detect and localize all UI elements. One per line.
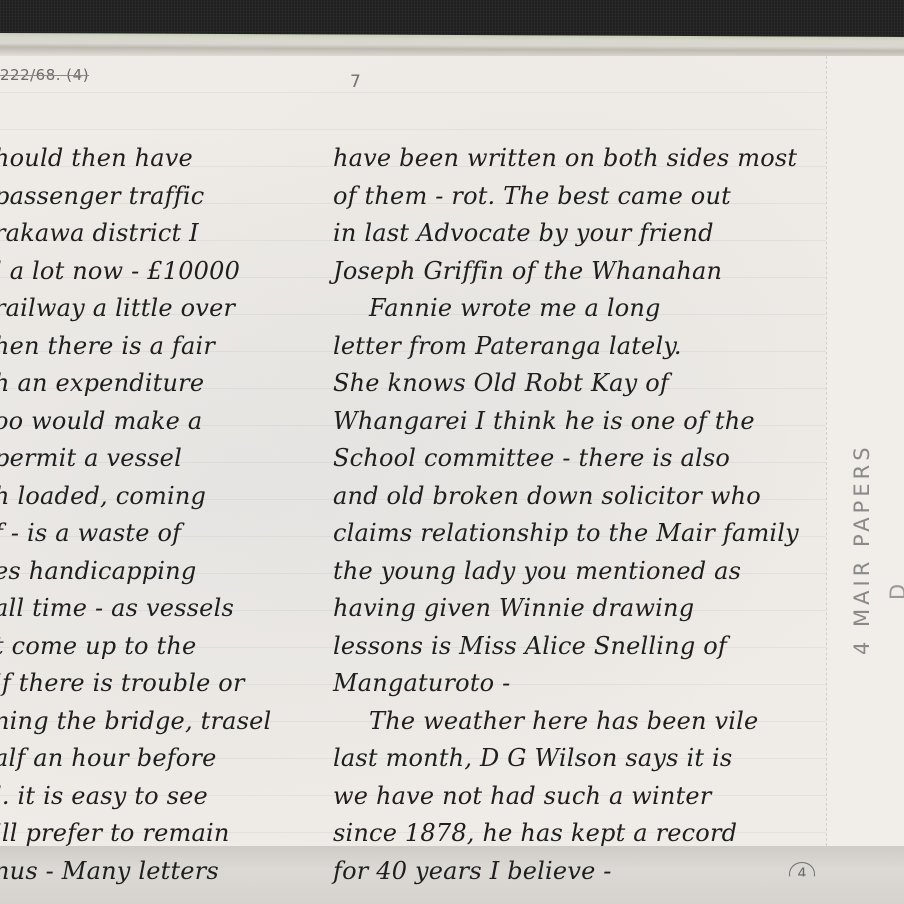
- text-line: all time - as vessels: [0, 590, 271, 628]
- text-line: have been written on both sides most: [333, 140, 799, 178]
- text-line: the young lady you mentioned as: [333, 553, 799, 591]
- text-line: permit a vessel: [0, 440, 271, 478]
- text-line: railway a little over: [0, 290, 271, 328]
- text-line: l a lot now - £10000: [0, 253, 271, 291]
- text-line: of them - rot. The best came out: [333, 178, 799, 216]
- text-line: f - is a waste of: [0, 515, 271, 553]
- text-line: rakawa district I: [0, 215, 271, 253]
- text-line: hen there is a fair: [0, 328, 271, 366]
- right-column-text: have been written on both sides most of …: [333, 140, 799, 890]
- text-line: Joseph Griffin of the Whanahan: [333, 253, 799, 291]
- text-line: es handicapping: [0, 553, 271, 591]
- text-line: last month, D G Wilson says it is: [333, 740, 799, 778]
- text-line: hould then have: [0, 140, 271, 178]
- archive-pencil-annotation-partial: D: [886, 580, 904, 600]
- scanned-page: 222/68. (4) 7 hould then have passenger …: [0, 0, 904, 904]
- text-line: nus - Many letters: [0, 853, 271, 891]
- text-line: letter from Pateranga lately.: [333, 328, 799, 366]
- text-line: ning the bridge, trasel: [0, 703, 271, 741]
- text-line: h loaded, coming: [0, 478, 271, 516]
- text-line: t come up to the: [0, 628, 271, 666]
- text-line: She knows Old Robt Kay of: [333, 365, 799, 403]
- text-line: if there is trouble or: [0, 665, 271, 703]
- text-line: oo would make a: [0, 403, 271, 441]
- page-number: 7: [350, 72, 361, 92]
- text-line: having given Winnie drawing: [333, 590, 799, 628]
- archive-pencil-annotation: 4 MAIR PAPERS: [850, 443, 874, 655]
- catalog-reference: 222/68. (4): [0, 66, 89, 84]
- text-line: Mangaturoto -: [333, 665, 799, 703]
- text-line: alf an hour before: [0, 740, 271, 778]
- text-line: lessons is Miss Alice Snelling of: [333, 628, 799, 666]
- text-line: for 40 years I believe -: [333, 853, 799, 891]
- paragraph-start-line: The weather here has been vile: [333, 703, 799, 741]
- text-line: in last Advocate by your friend: [333, 215, 799, 253]
- text-line: h an expenditure: [0, 365, 271, 403]
- text-line: we have not had such a winter: [333, 778, 799, 816]
- left-column-text: hould then have passenger traffic rakawa…: [0, 140, 271, 890]
- text-line: ill prefer to remain: [0, 815, 271, 853]
- text-line: claims relationship to the Mair family: [333, 515, 799, 553]
- text-line: School committee - there is also: [333, 440, 799, 478]
- text-line: Whangarei I think he is one of the: [333, 403, 799, 441]
- catalog-reference-text: 222/68. (4): [0, 66, 89, 84]
- text-line: l. it is easy to see: [0, 778, 271, 816]
- paragraph-start-line: Fannie wrote me a long: [333, 290, 799, 328]
- text-line: passenger traffic: [0, 178, 271, 216]
- text-line: since 1878, he has kept a record: [333, 815, 799, 853]
- text-line: and old broken down solicitor who: [333, 478, 799, 516]
